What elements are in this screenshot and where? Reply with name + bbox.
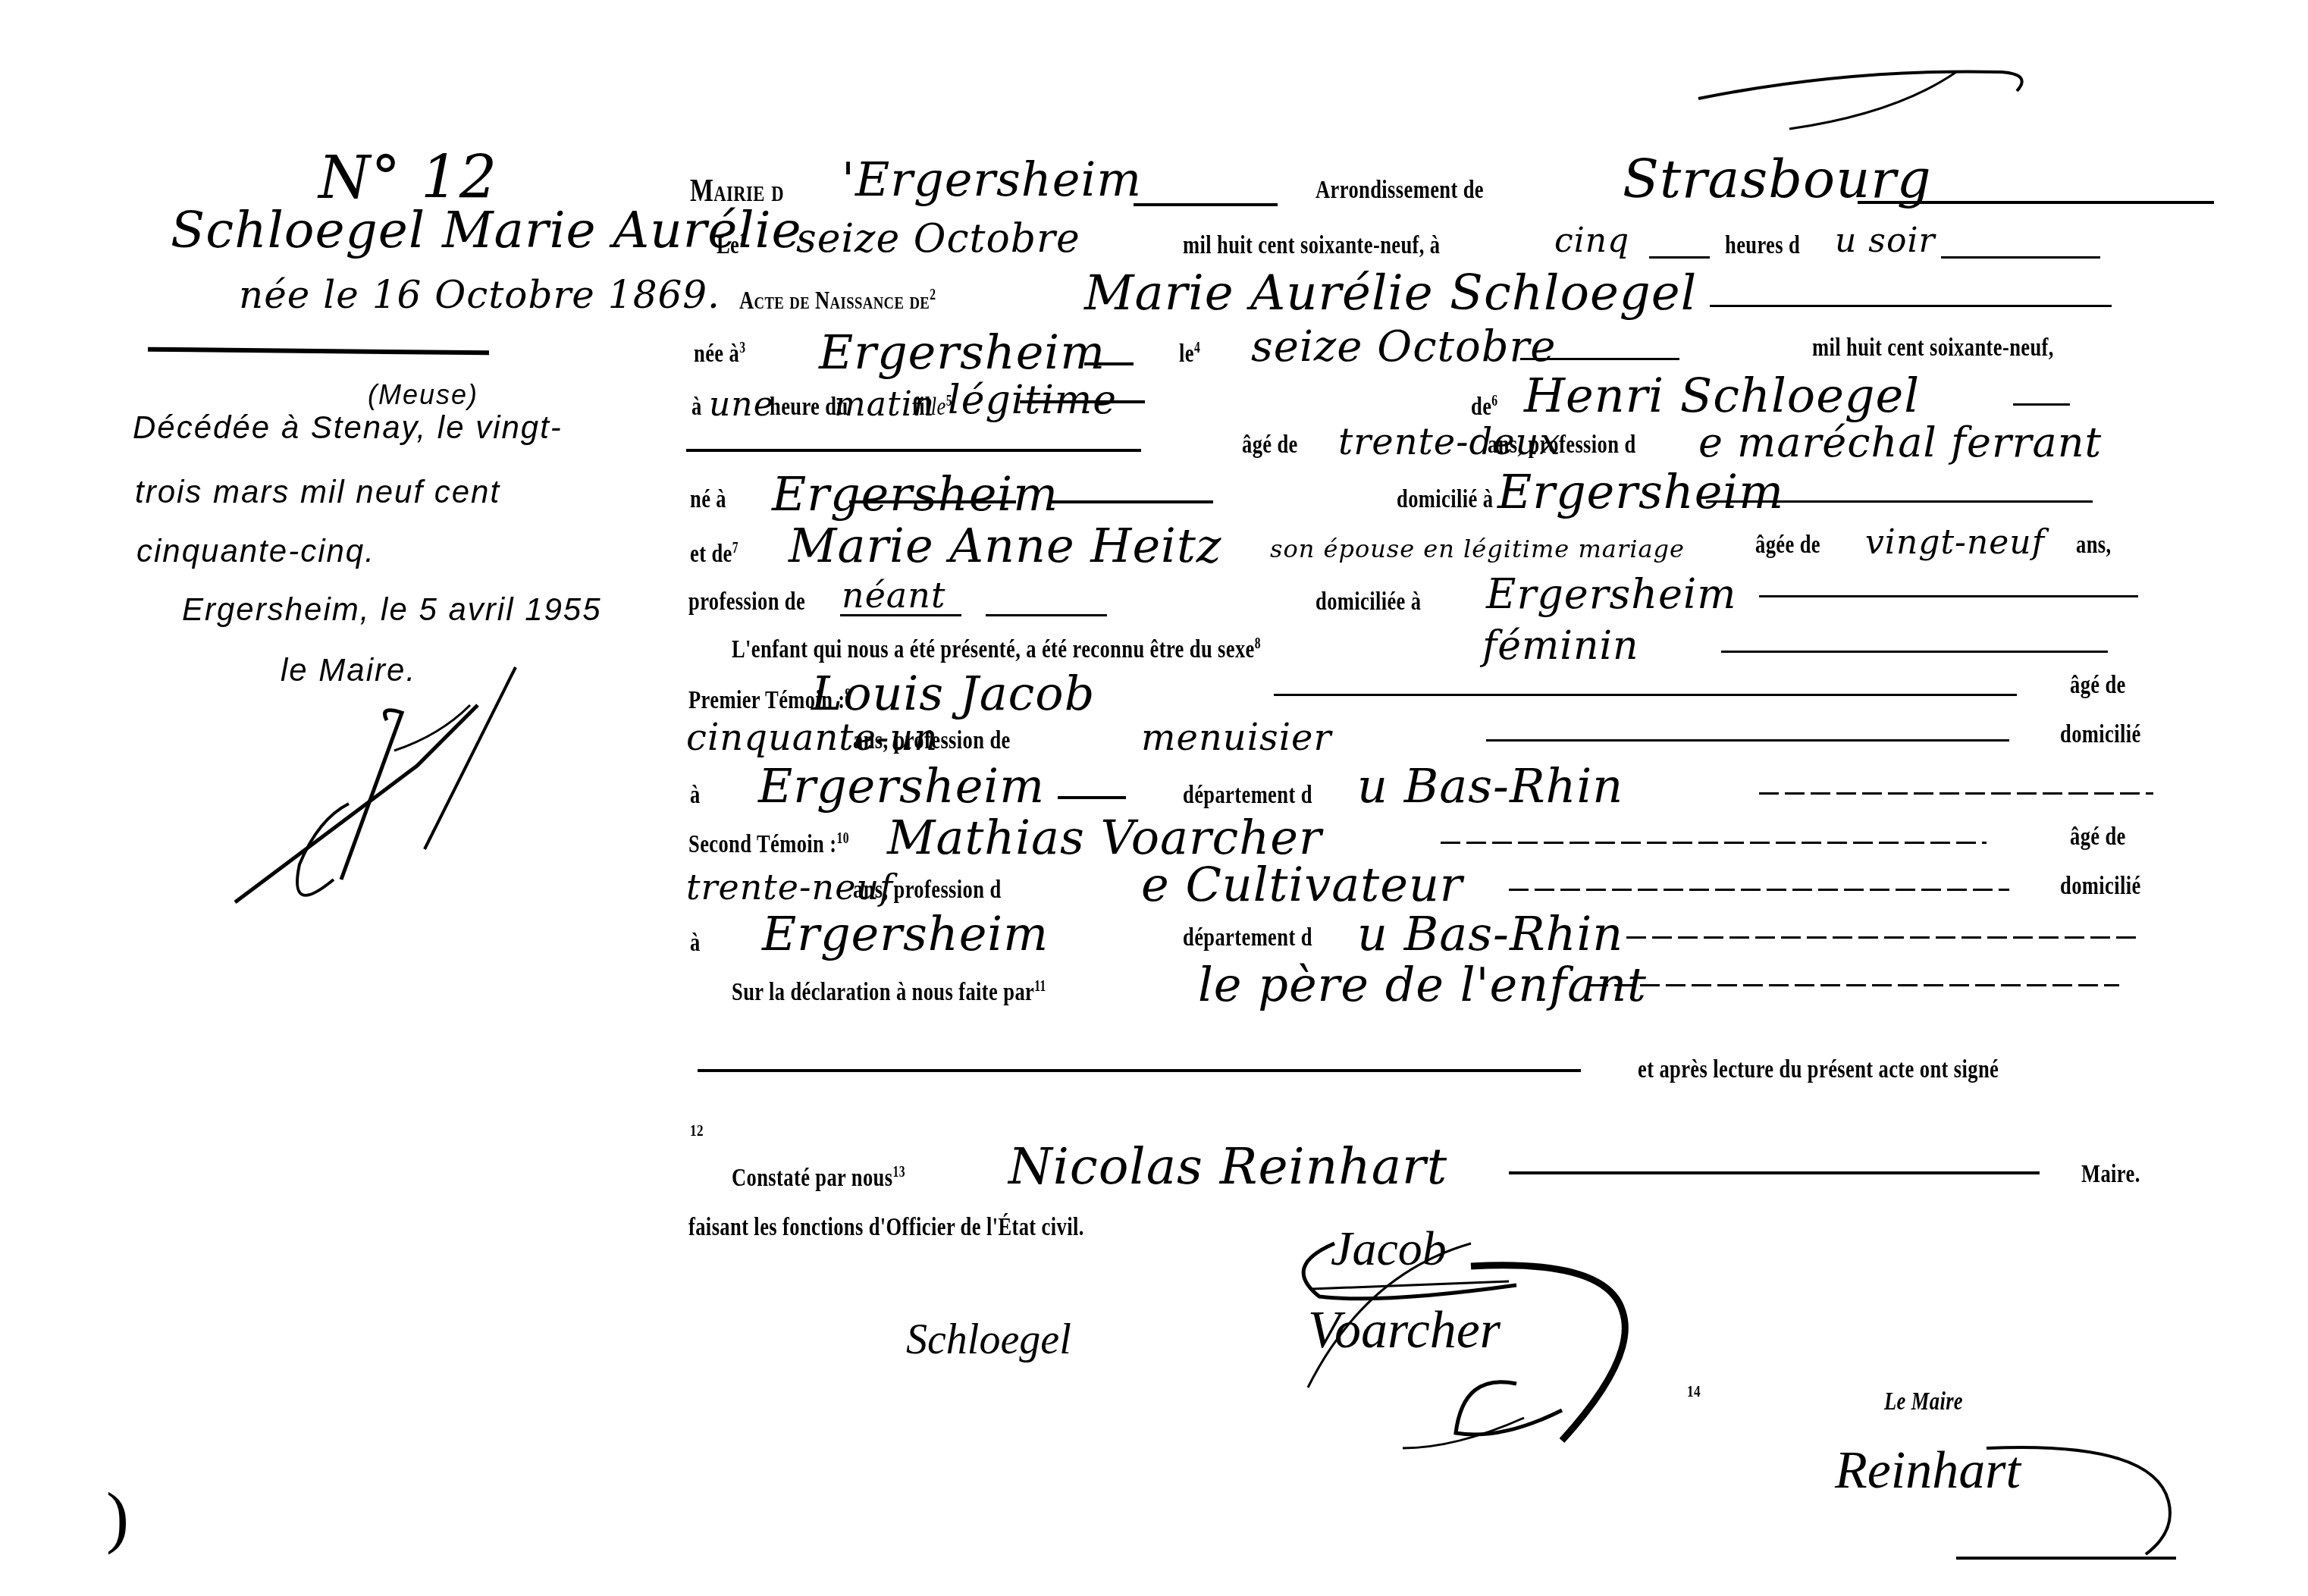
witness1-profession-label: ans, profession de (853, 726, 1011, 755)
witness2-domicile: Ergersheim (762, 906, 1049, 961)
declaration-label: Sur la déclaration à nous faite par11 (732, 978, 1046, 1007)
mairie-blank-line (1134, 203, 1278, 206)
witness2-a-label: à (690, 929, 701, 958)
margin-death-line-3: cinquante-cinq. (136, 533, 375, 569)
birthplace: Ergersheim (819, 325, 1105, 380)
declarant-blank-line (1588, 984, 2119, 986)
father-domicile-label: domicilié à (1397, 485, 1493, 514)
father-name-blank-line (2013, 403, 2070, 406)
registration-hour: cinq (1554, 221, 1629, 260)
witness1-profession-blank-line (1486, 739, 2009, 742)
father-extra-blank-line (686, 449, 1141, 452)
witness1-domicile-label: domicilié (2060, 720, 2141, 749)
margin-mayor-signature (227, 675, 531, 902)
witness1-profession: menuisier (1141, 716, 1331, 759)
registration-date: seize Octobre (796, 216, 1080, 262)
footnote-12: 12 (690, 1121, 704, 1140)
father-domicile-blank-line (1706, 500, 2093, 503)
mother-domicile-label: domiciliée à (1315, 588, 1421, 616)
hour-blank-line (1649, 256, 1710, 259)
arrondissement-label: Arrondissement de (1315, 176, 1484, 205)
father-name: Henri Schloegel (1524, 368, 1920, 423)
mother-profession: néant (842, 575, 945, 616)
acte-label: Acte de Naissance de2 (739, 287, 936, 315)
mairie-label: Mairie d (690, 173, 784, 209)
le-maire-label: Le Maire (1884, 1387, 1963, 1416)
nee-label: née à3 (694, 340, 745, 368)
father-domicile: Ergersheim (1497, 464, 1784, 519)
witness1-domicile: Ergersheim (758, 758, 1045, 814)
officer-function-statement: faisant les fonctions d'Officier de l'Ét… (688, 1213, 1084, 1242)
margin-subject-name: Schloegel Marie Aurélie (171, 201, 802, 259)
legitimacy-blank-line (1020, 400, 1145, 403)
mairie-value: 'Ergersheim (842, 152, 1142, 207)
registration-period: u soir (1835, 221, 1936, 260)
child-name-blank-line (1710, 305, 2112, 307)
sex-value: féminin (1482, 623, 1639, 669)
margin-birth-note: née le 16 Octobre 1869. (239, 273, 720, 317)
witness1-name-blank-line (1274, 694, 2017, 696)
mother-profession-label: profession de (688, 588, 805, 616)
lecture-statement: et après lecture du présent acte ont sig… (1638, 1055, 1999, 1084)
mayor-signature-flourish (1835, 1433, 2214, 1585)
maire-title: Maire. (2081, 1160, 2140, 1189)
father-age-label: âgé de (1242, 431, 1298, 459)
declarant: le père de l'enfant (1198, 957, 1647, 1012)
father-de-label: de6 (1471, 393, 1497, 422)
mother-domicile-blank-line (1759, 595, 2138, 597)
witness1-age-label: âgé de (2070, 671, 2126, 700)
witness2-domicile-label: domicilié (2060, 872, 2141, 901)
birth-date: seize Octobre (1251, 322, 1556, 372)
witness2-dept-label: département d (1183, 923, 1312, 952)
officer-blank-line (1509, 1171, 2040, 1174)
footnote-14: 14 (1687, 1381, 1701, 1401)
mother-profession-blank-line (840, 614, 961, 616)
heure-label: heures d (1725, 231, 1800, 260)
officer-name: Nicolas Reinhart (1008, 1137, 1447, 1196)
witness2-dept-blank-line (1626, 936, 2142, 939)
le-label: Le1 (717, 231, 745, 260)
birth-hour: une (709, 385, 774, 424)
registration-year-text: mil huit cent soixante-neuf, à (1183, 231, 1441, 260)
witness1-dept: u Bas-Rhin (1357, 758, 1623, 814)
witness1-dept-blank-line (1759, 792, 2153, 795)
birth-date-label: le4 (1179, 340, 1200, 368)
sex-blank-line (1721, 651, 2108, 653)
father-birthplace-label: né à (690, 485, 726, 514)
witness2-label: Second Témoin :10 (688, 830, 849, 859)
birth-certificate-page: N° 12 Schloegel Marie Aurélie née le 16 … (0, 0, 2308, 1596)
sex-statement: L'enfant qui nous a été présenté, a été … (732, 635, 1261, 664)
birth-year-text: mil huit cent soixante-neuf, (1812, 334, 2054, 362)
mother-label: et de7 (690, 540, 738, 569)
father-profession: e maréchal ferrant (1698, 419, 2102, 466)
witness2-profession-label: ans, profession d (853, 876, 1002, 905)
period-blank-line (1941, 256, 2100, 259)
margin-dept-parenthetical: (Meuse) (368, 379, 478, 411)
witness2-profession: e Cultivateur (1141, 857, 1463, 912)
father-birthplace-blank-line (849, 500, 1016, 503)
witness1-name: Louis Jacob (811, 666, 1095, 721)
father-birthplace-blank-line-2 (1050, 500, 1213, 503)
father-signature: Schloegel (906, 1315, 1071, 1364)
mother-relation: son épouse en légitime mariage (1270, 535, 1685, 563)
mother-age: vingt-neuf (1865, 523, 2045, 562)
mother-profession-blank-line-2 (986, 614, 1107, 616)
child-full-name: Marie Aurélie Schloegel (1084, 265, 1697, 321)
father-profession-label: ans, profession d (1488, 431, 1636, 459)
birth-date-blank-line (1520, 358, 1679, 360)
fils-label: fille5 (912, 393, 952, 422)
mother-name: Marie Anne Heitz (789, 518, 1222, 573)
witness1-dept-label: département d (1183, 781, 1312, 810)
witness2-age-label: âgé de (2070, 823, 2126, 851)
witness2-name-blank-line (1441, 842, 1987, 844)
lecture-blank-line (698, 1069, 1581, 1072)
witness1-a-label: à (690, 781, 701, 810)
margin-death-line-1: Décédée à Stenay, le vingt- (133, 409, 563, 446)
margin-divider (148, 347, 489, 356)
mother-domicile: Ergersheim (1486, 570, 1737, 618)
witness2-profession-blank-line (1509, 889, 2009, 891)
margin-death-line-4: Ergersheim, le 5 avril 1955 (182, 591, 602, 628)
birthplace-blank-line (1084, 362, 1134, 365)
witness1-domicile-blank-line (1058, 796, 1126, 799)
header-flourish (1698, 61, 2078, 167)
father-birthplace: Ergersheim (772, 466, 1058, 522)
arrondissement-blank-line (1858, 201, 2214, 204)
margin-death-line-2: trois mars mil neuf cent (135, 474, 500, 510)
witness2-dept: u Bas-Rhin (1357, 906, 1623, 961)
a-label: à (691, 393, 702, 422)
witness2-signature-flourish (1213, 1243, 1607, 1486)
scan-mark-bracket: ) (106, 1478, 129, 1557)
constate-label: Constaté par nous13 (732, 1164, 905, 1193)
mother-age-label: âgée de (1755, 531, 1820, 560)
mother-age-ans-label: ans, (2076, 531, 2112, 560)
